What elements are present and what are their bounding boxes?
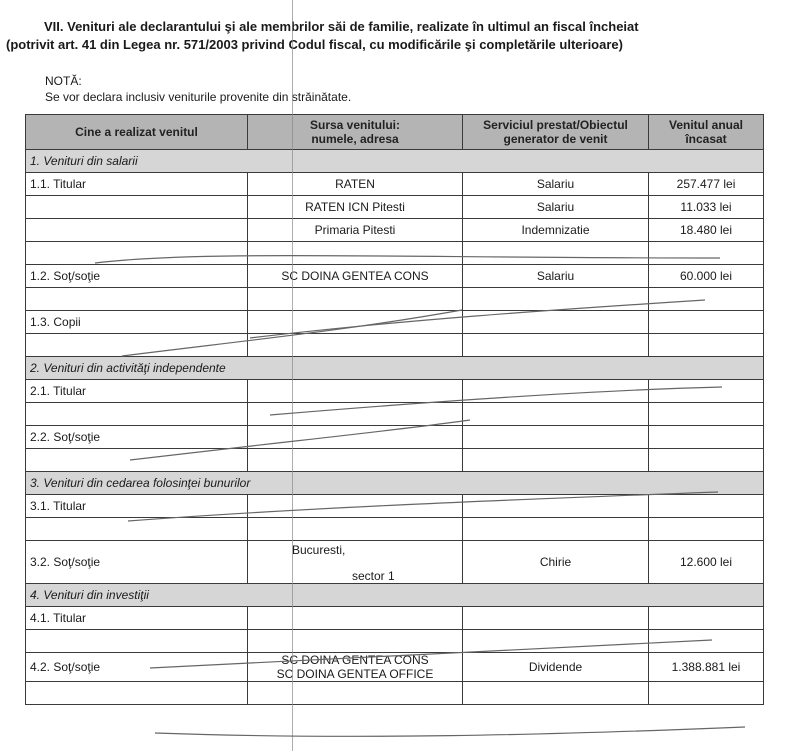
section-row: 3. Venituri din cedarea folosinţei bunur… xyxy=(26,472,764,495)
scan-fold-line xyxy=(292,0,293,751)
table-row-empty xyxy=(26,242,764,265)
table-row: 1.1. Titular RATEN Salariu 257.477 lei xyxy=(26,173,764,196)
note: NOTĂ: Se vor declara inclusiv veniturile… xyxy=(45,73,351,105)
header-service: Serviciul prestat/Obiectulgenerator de v… xyxy=(463,115,649,150)
table-row: 1.3. Copii xyxy=(26,311,764,334)
note-text: Se vor declara inclusiv veniturile prove… xyxy=(45,89,351,105)
table-row: 2.1. Titular xyxy=(26,380,764,403)
table-row-empty xyxy=(26,682,764,705)
title-line-2: (potrivit art. 41 din Legea nr. 571/2003… xyxy=(6,37,623,52)
table-row-empty xyxy=(26,403,764,426)
table-header: Cine a realizat venitul Sursa venitului:… xyxy=(26,115,764,150)
table-row: 4.1. Titular xyxy=(26,607,764,630)
table-row-empty xyxy=(26,288,764,311)
note-label: NOTĂ: xyxy=(45,73,351,89)
header-source: Sursa venitului:numele, adresa xyxy=(248,115,463,150)
section-row: 2. Venituri din activităţi independente xyxy=(26,357,764,380)
section-title: VII. Venituri ale declarantului şi ale m… xyxy=(6,18,780,54)
table-row: 3.1. Titular xyxy=(26,495,764,518)
table-row-empty xyxy=(26,630,764,653)
header-who: Cine a realizat venitul xyxy=(26,115,248,150)
income-table: Cine a realizat venitul Sursa venitului:… xyxy=(25,114,764,705)
table-row-empty xyxy=(26,518,764,541)
section-row: 4. Venituri din investiţii xyxy=(26,584,764,607)
table-row: RATEN ICN Pitesti Salariu 11.033 lei xyxy=(26,196,764,219)
table-row-empty xyxy=(26,449,764,472)
table-row: 3.2. Soţ/soţie Bucuresti,sector 1 Chirie… xyxy=(26,541,764,584)
address-cell: Bucuresti,sector 1 xyxy=(248,541,463,584)
section-row: 1. Venituri din salarii xyxy=(26,150,764,173)
header-income: Venitul anualîncasat xyxy=(649,115,764,150)
table-row-empty xyxy=(26,334,764,357)
table-row: 2.2. Soţ/soţie xyxy=(26,426,764,449)
table-row: 4.2. Soţ/soţie SC DOINA GENTEA CONSSC DO… xyxy=(26,653,764,682)
table-row: 1.2. Soţ/soţie SC DOINA GENTEA CONS Sala… xyxy=(26,265,764,288)
title-line-1: VII. Venituri ale declarantului şi ale m… xyxy=(6,18,780,36)
table-row: Primaria Pitesti Indemnizatie 18.480 lei xyxy=(26,219,764,242)
